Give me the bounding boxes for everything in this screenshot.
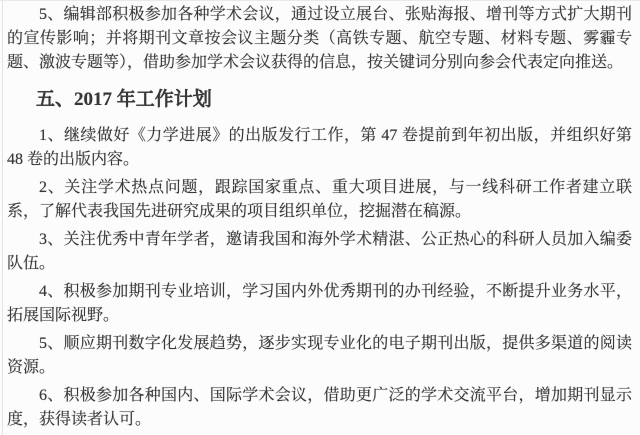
plan-item-6: 6、积极参加各种国内、国际学术会议，借助更广泛的学术交流平台，增加期刊显示度，获…: [7, 384, 632, 432]
plan-item-3: 3、关注优秀中青年学者，邀请我国和海外学术精湛、公正热心的科研人员加入编委队伍。: [7, 228, 632, 276]
plan-item-4: 4、积极参加期刊专业培训，学习国内外优秀期刊的办刊经验，不断提升业务水平，拓展国…: [7, 280, 632, 328]
plan-item-5: 5、顺应期刊数字化发展趋势，逐步实现专业化的电子期刊出版，提供多渠道的阅读资源。: [7, 332, 632, 380]
section-heading: 五、2017 年工作计划: [7, 88, 632, 112]
plan-item-1: 1、继续做好《力学进展》的出版发行工作，第 47 卷提前到年初出版，并组织好第 …: [7, 124, 632, 172]
plan-item-2: 2、关注学术热点问题，跟踪国家重点、重大项目进展，与一线科研工作者建立联系，了解…: [7, 176, 632, 224]
scan-edge-artifact: [2, 0, 3, 435]
scan-top-artifact: [0, 0, 640, 1]
document-page: 5、编辑部积极参加各种学术会议，通过设立展台、张贴海报、增刊等方式扩大期刊的宣传…: [0, 0, 640, 435]
intro-paragraph: 5、编辑部积极参加各种学术会议，通过设立展台、张贴海报、增刊等方式扩大期刊的宣传…: [7, 3, 632, 75]
